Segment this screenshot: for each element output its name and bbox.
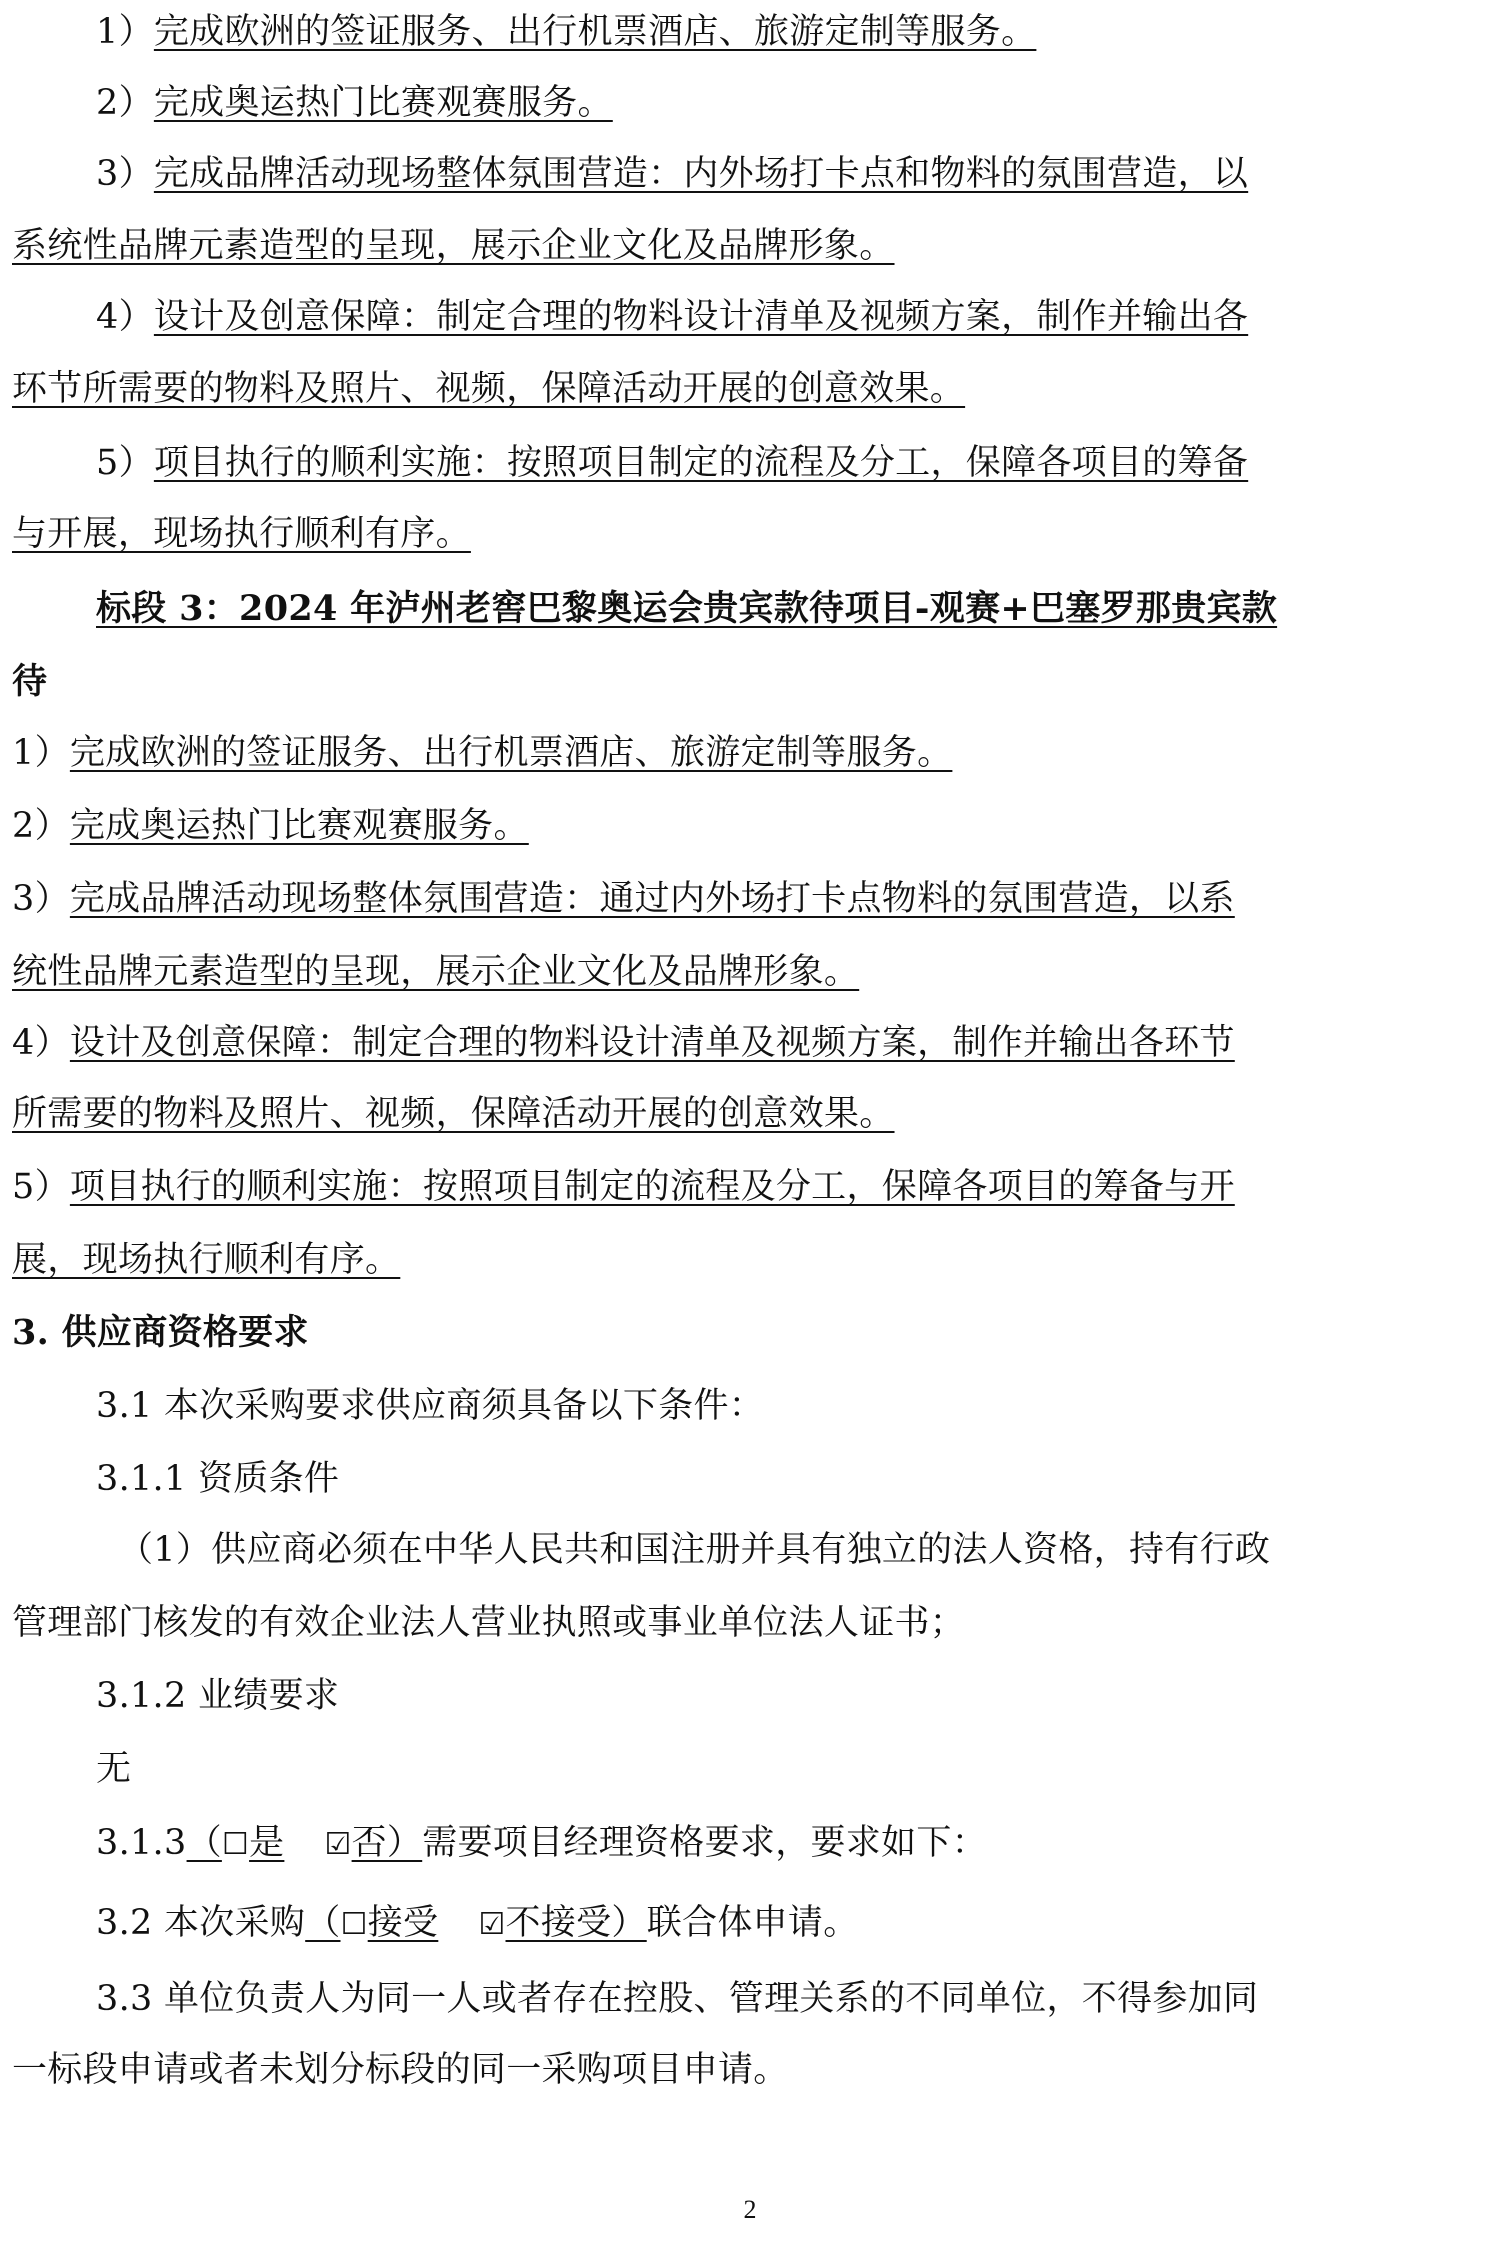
lot3-item-5-cont: 展，现场执行顺利有序。 [12,1232,1488,1304]
lot3-heading-text: 待 [12,661,47,702]
section-3-3-cont: 一标段申请或者未划分标段的同一采购项目申请。 [12,2042,1488,2114]
section-3-1-1-text: 3.1.1 资质条件 [96,1459,339,1499]
item-text: 项目执行的顺利实施：按照项目制定的流程及分工，保障各项目的筹备 [154,443,1248,483]
project-manager-options: （☐是☑否） [187,1823,423,1863]
item-number: 1） [96,12,154,52]
section-heading-text: 3. 供应商资格要求 [12,1312,309,1353]
item-text: 与开展，现场执行顺利有序。 [12,514,471,554]
item-number: 1） [12,733,70,773]
lot2-item-1: 1）完成欧洲的签证服务、出行机票酒店、旅游定制等服务。 [96,4,1488,76]
lot2-item-3: 3）完成品牌活动现场整体氛围营造：内外场打卡点和物料的氛围营造，以 [96,146,1488,218]
option-yes-label: 是 [249,1823,284,1863]
lot3-item-4: 4）设计及创意保障：制定合理的物料设计清单及视频方案，制作并输出各环节 [12,1015,1488,1087]
checkbox-yes-icon[interactable]: ☐ [222,1817,249,1873]
section-3-1-3-number: 3.1.3 [96,1823,187,1863]
lot3-item-4-cont: 所需要的物料及照片、视频，保障活动开展的创意效果。 [12,1086,1488,1158]
consortium-options: （☐接受☑不接受） [305,1903,647,1943]
section-3-heading: 3. 供应商资格要求 [12,1305,1488,1377]
option-accept-label: 接受 [368,1903,439,1943]
item-text: 设计及创意保障：制定合理的物料设计清单及视频方案，制作并输出各环节 [70,1023,1235,1063]
item-text: 统性品牌元素造型的呈现，展示企业文化及品牌形象。 [12,952,859,992]
lot2-item-3-cont: 系统性品牌元素造型的呈现，展示企业文化及品牌形象。 [12,218,1488,290]
lot3-item-5: 5）项目执行的顺利实施：按照项目制定的流程及分工，保障各项目的筹备与开 [12,1159,1488,1231]
section-3-1-2-text: 3.1.2 业绩要求 [96,1676,339,1716]
section-3-1-1-item-cont: 管理部门核发的有效企业法人营业执照或事业单位法人证书； [12,1595,1488,1667]
section-3-2-suffix: 联合体申请。 [647,1903,859,1943]
item-number: 3） [12,879,70,919]
item-text: 项目执行的顺利实施：按照项目制定的流程及分工，保障各项目的筹备与开 [70,1167,1235,1207]
section-3-1-3: 3.1.3（☐是☑否）需要项目经理资格要求，要求如下： [96,1815,1488,1887]
section-3-3-text: 3.3 单位负责人为同一人或者存在控股、管理关系的不同单位，不得参加同 [96,1979,1258,2019]
section-3-2-text: 3.2 本次采购 [96,1903,305,1943]
item-text: 完成欧洲的签证服务、出行机票酒店、旅游定制等服务。 [154,12,1037,52]
checkbox-reject-checked-icon[interactable]: ☑ [478,1897,505,1953]
section-3-1-2: 3.1.2 业绩要求 [96,1668,1488,1740]
open-paren: （ [305,1903,340,1943]
section-3-1-1-item: （1）供应商必须在中华人民共和国注册并具有独立的法人资格，持有行政 [118,1522,1488,1594]
item-text: 完成奥运热门比赛观赛服务。 [70,806,529,846]
item-number: 5） [12,1167,70,1207]
item-number: 5） [96,443,154,483]
item-number: 3） [96,154,154,194]
lot3-heading-text: 标段 3：2024 年泸州老窖巴黎奥运会贵宾款待项目-观赛+巴塞罗那贵宾款 [96,588,1277,629]
section-3-3: 3.3 单位负责人为同一人或者存在控股、管理关系的不同单位，不得参加同 [96,1971,1488,2043]
item-text: 完成欧洲的签证服务、出行机票酒店、旅游定制等服务。 [70,733,953,773]
lot2-item-4: 4）设计及创意保障：制定合理的物料设计清单及视频方案，制作并输出各 [96,289,1488,361]
item-number: 4） [12,1023,70,1063]
option-no-label: 否） [352,1823,423,1863]
section-3-1-3-text: 需要项目经理资格要求，要求如下： [422,1823,987,1863]
lot3-item-3-cont: 统性品牌元素造型的呈现，展示企业文化及品牌形象。 [12,944,1488,1016]
checkbox-no-checked-icon[interactable]: ☑ [324,1817,351,1873]
item-text: 完成奥运热门比赛观赛服务。 [154,83,613,123]
open-paren: （ [187,1823,222,1863]
option-reject-label: 不接受） [506,1903,647,1943]
item-text: 完成品牌活动现场整体氛围营造：通过内外场打卡点物料的氛围营造，以系 [70,879,1235,919]
item-text: 完成品牌活动现场整体氛围营造：内外场打卡点和物料的氛围营造，以 [154,154,1248,194]
qualification-item-text: 管理部门核发的有效企业法人营业执照或事业单位法人证书； [12,1603,965,1643]
lot2-item-5: 5）项目执行的顺利实施：按照项目制定的流程及分工，保障各项目的筹备 [96,435,1488,507]
page-number: 2 [0,2195,1500,2225]
performance-requirement-value: 无 [96,1749,131,1789]
section-3-1: 3.1 本次采购要求供应商须具备以下条件： [96,1378,1488,1450]
lot3-item-3: 3）完成品牌活动现场整体氛围营造：通过内外场打卡点物料的氛围营造，以系 [12,871,1488,943]
item-number: 2） [12,806,70,846]
checkbox-accept-icon[interactable]: ☐ [341,1897,368,1953]
item-number: 2） [96,83,154,123]
section-3-2: 3.2 本次采购（☐接受☑不接受）联合体申请。 [96,1895,1488,1967]
item-text: 所需要的物料及照片、视频，保障活动开展的创意效果。 [12,1094,895,1134]
lot2-item-4-cont: 环节所需要的物料及照片、视频，保障活动开展的创意效果。 [12,361,1488,433]
document-page: 1）完成欧洲的签证服务、出行机票酒店、旅游定制等服务。 2）完成奥运热门比赛观赛… [0,0,1500,2251]
lot2-item-2: 2）完成奥运热门比赛观赛服务。 [96,75,1488,147]
section-3-1-text: 3.1 本次采购要求供应商须具备以下条件： [96,1386,764,1426]
lot3-item-1: 1）完成欧洲的签证服务、出行机票酒店、旅游定制等服务。 [12,725,1488,797]
section-3-1-1: 3.1.1 资质条件 [96,1451,1488,1523]
item-number: 4） [96,297,154,337]
lot3-heading: 标段 3：2024 年泸州老窖巴黎奥运会贵宾款待项目-观赛+巴塞罗那贵宾款 [96,581,1488,653]
lot3-heading-cont: 待 [12,654,1488,726]
qualification-item-text: （1）供应商必须在中华人民共和国注册并具有独立的法人资格，持有行政 [118,1530,1270,1570]
item-text: 设计及创意保障：制定合理的物料设计清单及视频方案，制作并输出各 [154,297,1248,337]
section-3-3-text: 一标段申请或者未划分标段的同一采购项目申请。 [12,2050,789,2090]
lot3-item-2: 2）完成奥运热门比赛观赛服务。 [12,798,1488,870]
item-text: 环节所需要的物料及照片、视频，保障活动开展的创意效果。 [12,369,965,409]
item-text: 系统性品牌元素造型的呈现，展示企业文化及品牌形象。 [12,226,895,266]
section-3-1-2-value: 无 [96,1741,1488,1813]
item-text: 展，现场执行顺利有序。 [12,1240,400,1280]
lot2-item-5-cont: 与开展，现场执行顺利有序。 [12,506,1488,578]
